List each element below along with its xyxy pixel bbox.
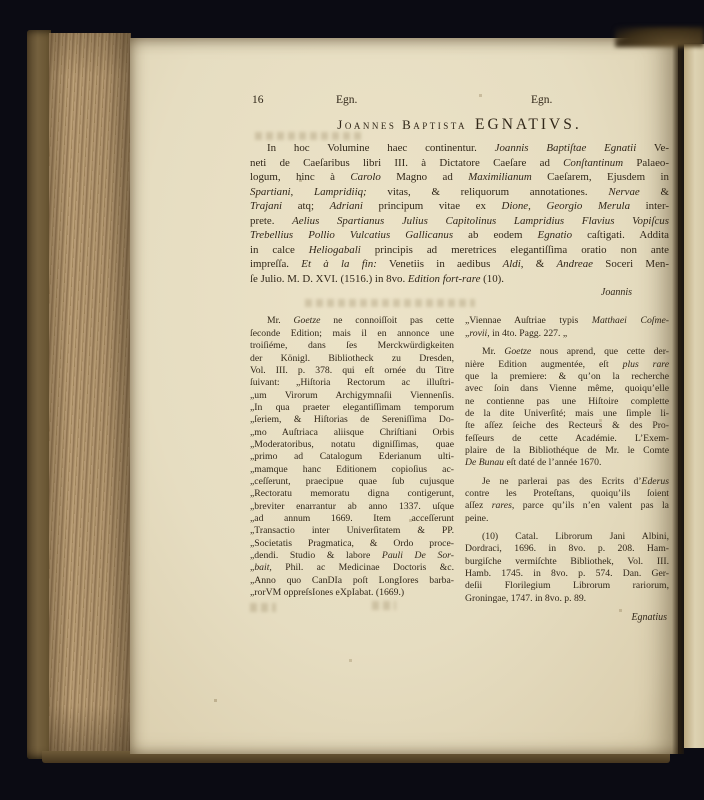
running-header-right: Egn. xyxy=(531,94,552,106)
text-line: burgiſche vermiſchte Bibliothek, Vol. II… xyxy=(465,556,669,568)
text-line: troiſiéme, dans ſes Merckwürdigkeiten xyxy=(250,340,454,352)
note-paragraph: (10) Catal. Librorum Jani Albini,Dordrac… xyxy=(465,531,669,605)
running-header: 16 Egn. Egn. xyxy=(250,94,669,110)
text-line: (10) Catal. Librorum Jani Albini, xyxy=(465,531,669,543)
book-fore-edge-pages xyxy=(49,33,131,756)
text-line: „mo Auſtriaca aliisque Chriſtiani Orbis xyxy=(250,427,454,439)
text-line: „In qua praeter elegantiſſimam temporum xyxy=(250,402,454,414)
text-line: plaire de la Bibliothéque de Mr. le Comt… xyxy=(465,445,669,457)
text-line: feſſeurs de cette Académie. L’Exem- xyxy=(465,433,669,445)
text-line: Spartiani, Lampridiiq; vitas, & reliquor… xyxy=(250,185,669,200)
text-line: Groningae, 1747. in 8vo. p. 89. xyxy=(465,593,669,605)
note-paragraph: Mr. Goetze nous aprend, que cette der-ni… xyxy=(465,346,669,469)
right-column: „Viennae Auſtriae typis Matthaei Coſme-„… xyxy=(465,315,669,624)
page-number: 16 xyxy=(252,94,264,106)
note-paragraph: Mr. Goetze ne connoiſſoit pas cetteſecon… xyxy=(250,315,454,599)
text-line: In hoc Volumine haec continentur. Joanni… xyxy=(250,141,669,156)
text-line: „ceſſerunt, praecipue quae ſub cujusque xyxy=(250,476,454,488)
text-line: neti de Caeſaribus libri III. à Dictator… xyxy=(250,156,669,171)
left-column: Mr. Goetze ne connoiſſoit pas cetteſecon… xyxy=(250,315,454,624)
text-line: prete. Aelius Spartianus Julius Capitoli… xyxy=(250,214,669,229)
printed-text-block: 16 Egn. Egn. Joannes Baptista EGNATIVS. … xyxy=(250,94,669,624)
text-line: logum, hinc à Carolo Magno ad Maximilian… xyxy=(250,170,669,185)
catchword-egnatius: Egnatius xyxy=(465,612,669,624)
text-line: „dendi. Studio & labore Pauli De Sor- xyxy=(250,550,454,562)
main-paragraph: In hoc Volumine haec continentur. Joanni… xyxy=(250,141,669,286)
text-line: De Bunau eſt daté de l’année 1670. xyxy=(465,457,669,469)
text-line: Dordraci, 1696. in 8vo. p. 208. Ham- xyxy=(465,543,669,555)
text-line: „primo ad Catalogum Ederianum ulti- xyxy=(250,451,454,463)
text-line: que la premiere: & qu’on la recherche xyxy=(465,371,669,383)
text-line: ſeconde Edition; mais il en annonce une xyxy=(250,328,454,340)
text-line: ſuivant: „Hiſtoria Rectorum ac illuſtri- xyxy=(250,377,454,389)
text-line: peine. xyxy=(465,513,669,525)
text-line: Mr. Goetze ne connoiſſoit pas cette xyxy=(250,315,454,327)
text-line: in calce Heliogabali principis ad meretr… xyxy=(250,243,669,258)
entry-title-name: Joannes Baptista xyxy=(337,117,467,132)
text-line: ſte aſſez ſeiche des Recteurs & des Pro- xyxy=(465,420,669,432)
text-line: Hamb. 1745. in 8vo. p. 574. Dan. Ger- xyxy=(465,568,669,580)
entry-title-surname: EGNATIVS. xyxy=(475,116,582,133)
text-line: „mamque hanc Editionem copioſius ac- xyxy=(250,464,454,476)
text-line: „Moderatoribus, notatu digniſſimas, quae xyxy=(250,439,454,451)
facing-page-sliver xyxy=(684,44,704,748)
top-gutter-shadow xyxy=(615,27,704,47)
note-paragraph: „Viennae Auſtriae typis Matthaei Coſme-„… xyxy=(465,315,669,340)
text-line: impreſſa. Et à la fin: Venetiis in aedib… xyxy=(250,257,669,272)
text-line: aſſez rares, parce qu’ils n’en valent pa… xyxy=(465,500,669,512)
text-line: „Transactio inter Univerſitatem & PP. xyxy=(250,525,454,537)
text-line: contre les Proteſtans, quoiqu’ils ſoient xyxy=(465,488,669,500)
text-line: Vol. III. p. 378. qui eſt ornée du Titre xyxy=(250,365,454,377)
photo-background: { "colors":{ "background":"#0b0b13","pag… xyxy=(0,0,704,800)
entry-title: Joannes Baptista EGNATIVS. xyxy=(250,116,669,134)
text-line: ſe Julio. M. D. XVI. (1516.) in 8vo. Edi… xyxy=(250,272,669,287)
text-line: deſii Florilegium Librorum rariorum, xyxy=(465,580,669,592)
text-line: avec ſoin dans Vienne même, quoiqu’elle xyxy=(465,383,669,395)
text-line: „bait, Phil. ac Medicinae Doctoris &c. xyxy=(250,562,454,574)
running-header-left: Egn. xyxy=(336,94,357,106)
text-line: de la dite Univerſité; mais une ſimple l… xyxy=(465,408,669,420)
text-line: „Viennae Auſtriae typis Matthaei Coſme- xyxy=(465,315,669,327)
text-line: nière Edition augmentée, eſt plus rare xyxy=(465,359,669,371)
text-line: Trajani atq; Adriani principum vitae ex … xyxy=(250,199,669,214)
book-cover-edge xyxy=(27,30,51,759)
text-line: „Societatis Pragmatica, & Ordo proce- xyxy=(250,538,454,550)
text-line: „Anno quo CanDIa poſt LongIores barba- xyxy=(250,575,454,587)
note-paragraph: Je ne parlerai pas des Ecrits d’Ederusco… xyxy=(465,476,669,525)
gutter-shadow xyxy=(672,38,684,754)
text-line: Trebellius Pollio Vulcatius Gallicanus a… xyxy=(250,228,669,243)
text-line: ne contienne pas une Hiſtoire complette xyxy=(465,396,669,408)
text-line: „rovii, in 4to. Pagg. 227. „ xyxy=(465,328,669,340)
text-line: „um Virorum Archigymnaſii Viennenſis. xyxy=(250,390,454,402)
catchword-joannis: Joannis xyxy=(250,287,669,298)
two-column-notes: Mr. Goetze ne connoiſſoit pas cetteſecon… xyxy=(250,315,669,624)
text-line: „Rectoratu memoratu digna contigerunt, xyxy=(250,488,454,500)
text-line: „ad annum 1669. Item acceſſerunt xyxy=(250,513,454,525)
paper-speckles xyxy=(0,0,1,1)
text-line: „rorVM oppreſsIones eXpIabat. (1669.) xyxy=(250,587,454,599)
text-line: der Königl. Bibliotheck zu Dresden, xyxy=(250,353,454,365)
text-line: Mr. Goetze nous aprend, que cette der- xyxy=(465,346,669,358)
text-line: Je ne parlerai pas des Ecrits d’Ederus xyxy=(465,476,669,488)
text-line: „breviter enarrantur ab anno 1337. uſque xyxy=(250,501,454,513)
text-line: „ſeriem, & Hiſtorias de Sereniſſima Do- xyxy=(250,414,454,426)
